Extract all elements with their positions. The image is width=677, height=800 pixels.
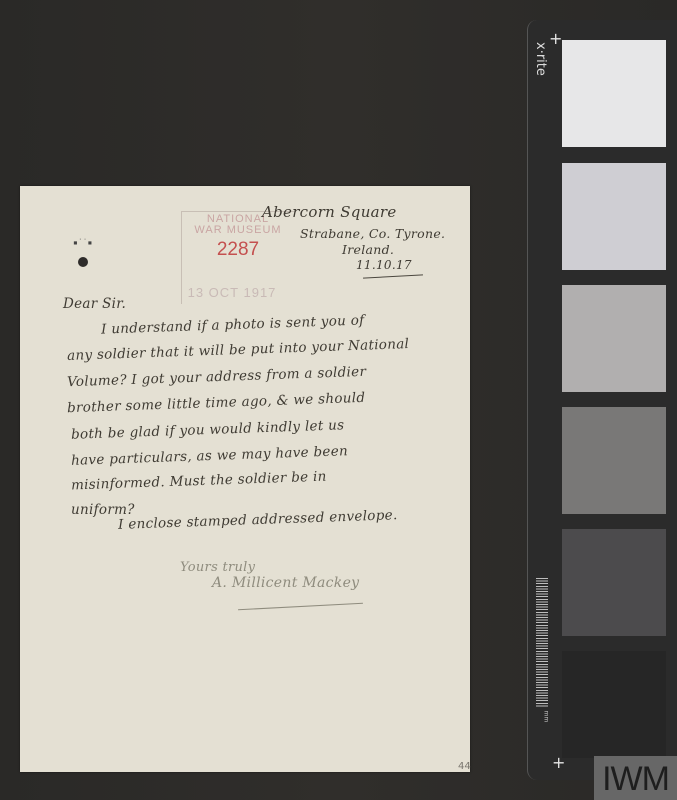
page-number: 44 — [458, 761, 471, 772]
gray-patch-2 — [562, 163, 666, 270]
ruler-unit: mm — [542, 711, 549, 723]
salutation: Dear Sir. — [63, 296, 126, 312]
gray-patch-6 — [562, 651, 666, 758]
address-line-3: Ireland. — [342, 242, 394, 257]
crosshair-top-icon: + — [549, 31, 562, 47]
iwm-watermark: IWM — [594, 756, 677, 800]
gray-patch-3 — [562, 285, 666, 392]
gray-patch-4 — [562, 407, 666, 514]
address-line-2: Strabane, Co. Tyrone. — [300, 226, 445, 241]
gray-patch-5 — [562, 529, 666, 636]
museum-stamp: NATIONAL WAR MUSEUM 2287 13 OCT 1917 — [181, 211, 294, 304]
gray-patch-1 — [562, 40, 666, 147]
closing: Yours truly — [180, 560, 255, 575]
signature: A. Millicent Mackey — [212, 575, 359, 591]
address-date: 11.10.17 — [356, 258, 412, 272]
brand-label: x·rite — [533, 42, 548, 76]
pin-marks: ▪˙˙▪ — [73, 238, 103, 244]
stamp-line2: WAR MUSEUM — [182, 224, 294, 236]
punch-hole — [78, 257, 88, 267]
mm-ruler — [536, 578, 548, 708]
address-line-1: Abercorn Square — [262, 203, 397, 221]
stamp-number: 2287 — [182, 239, 294, 261]
stamp-date: 13 OCT 1917 — [182, 285, 282, 300]
